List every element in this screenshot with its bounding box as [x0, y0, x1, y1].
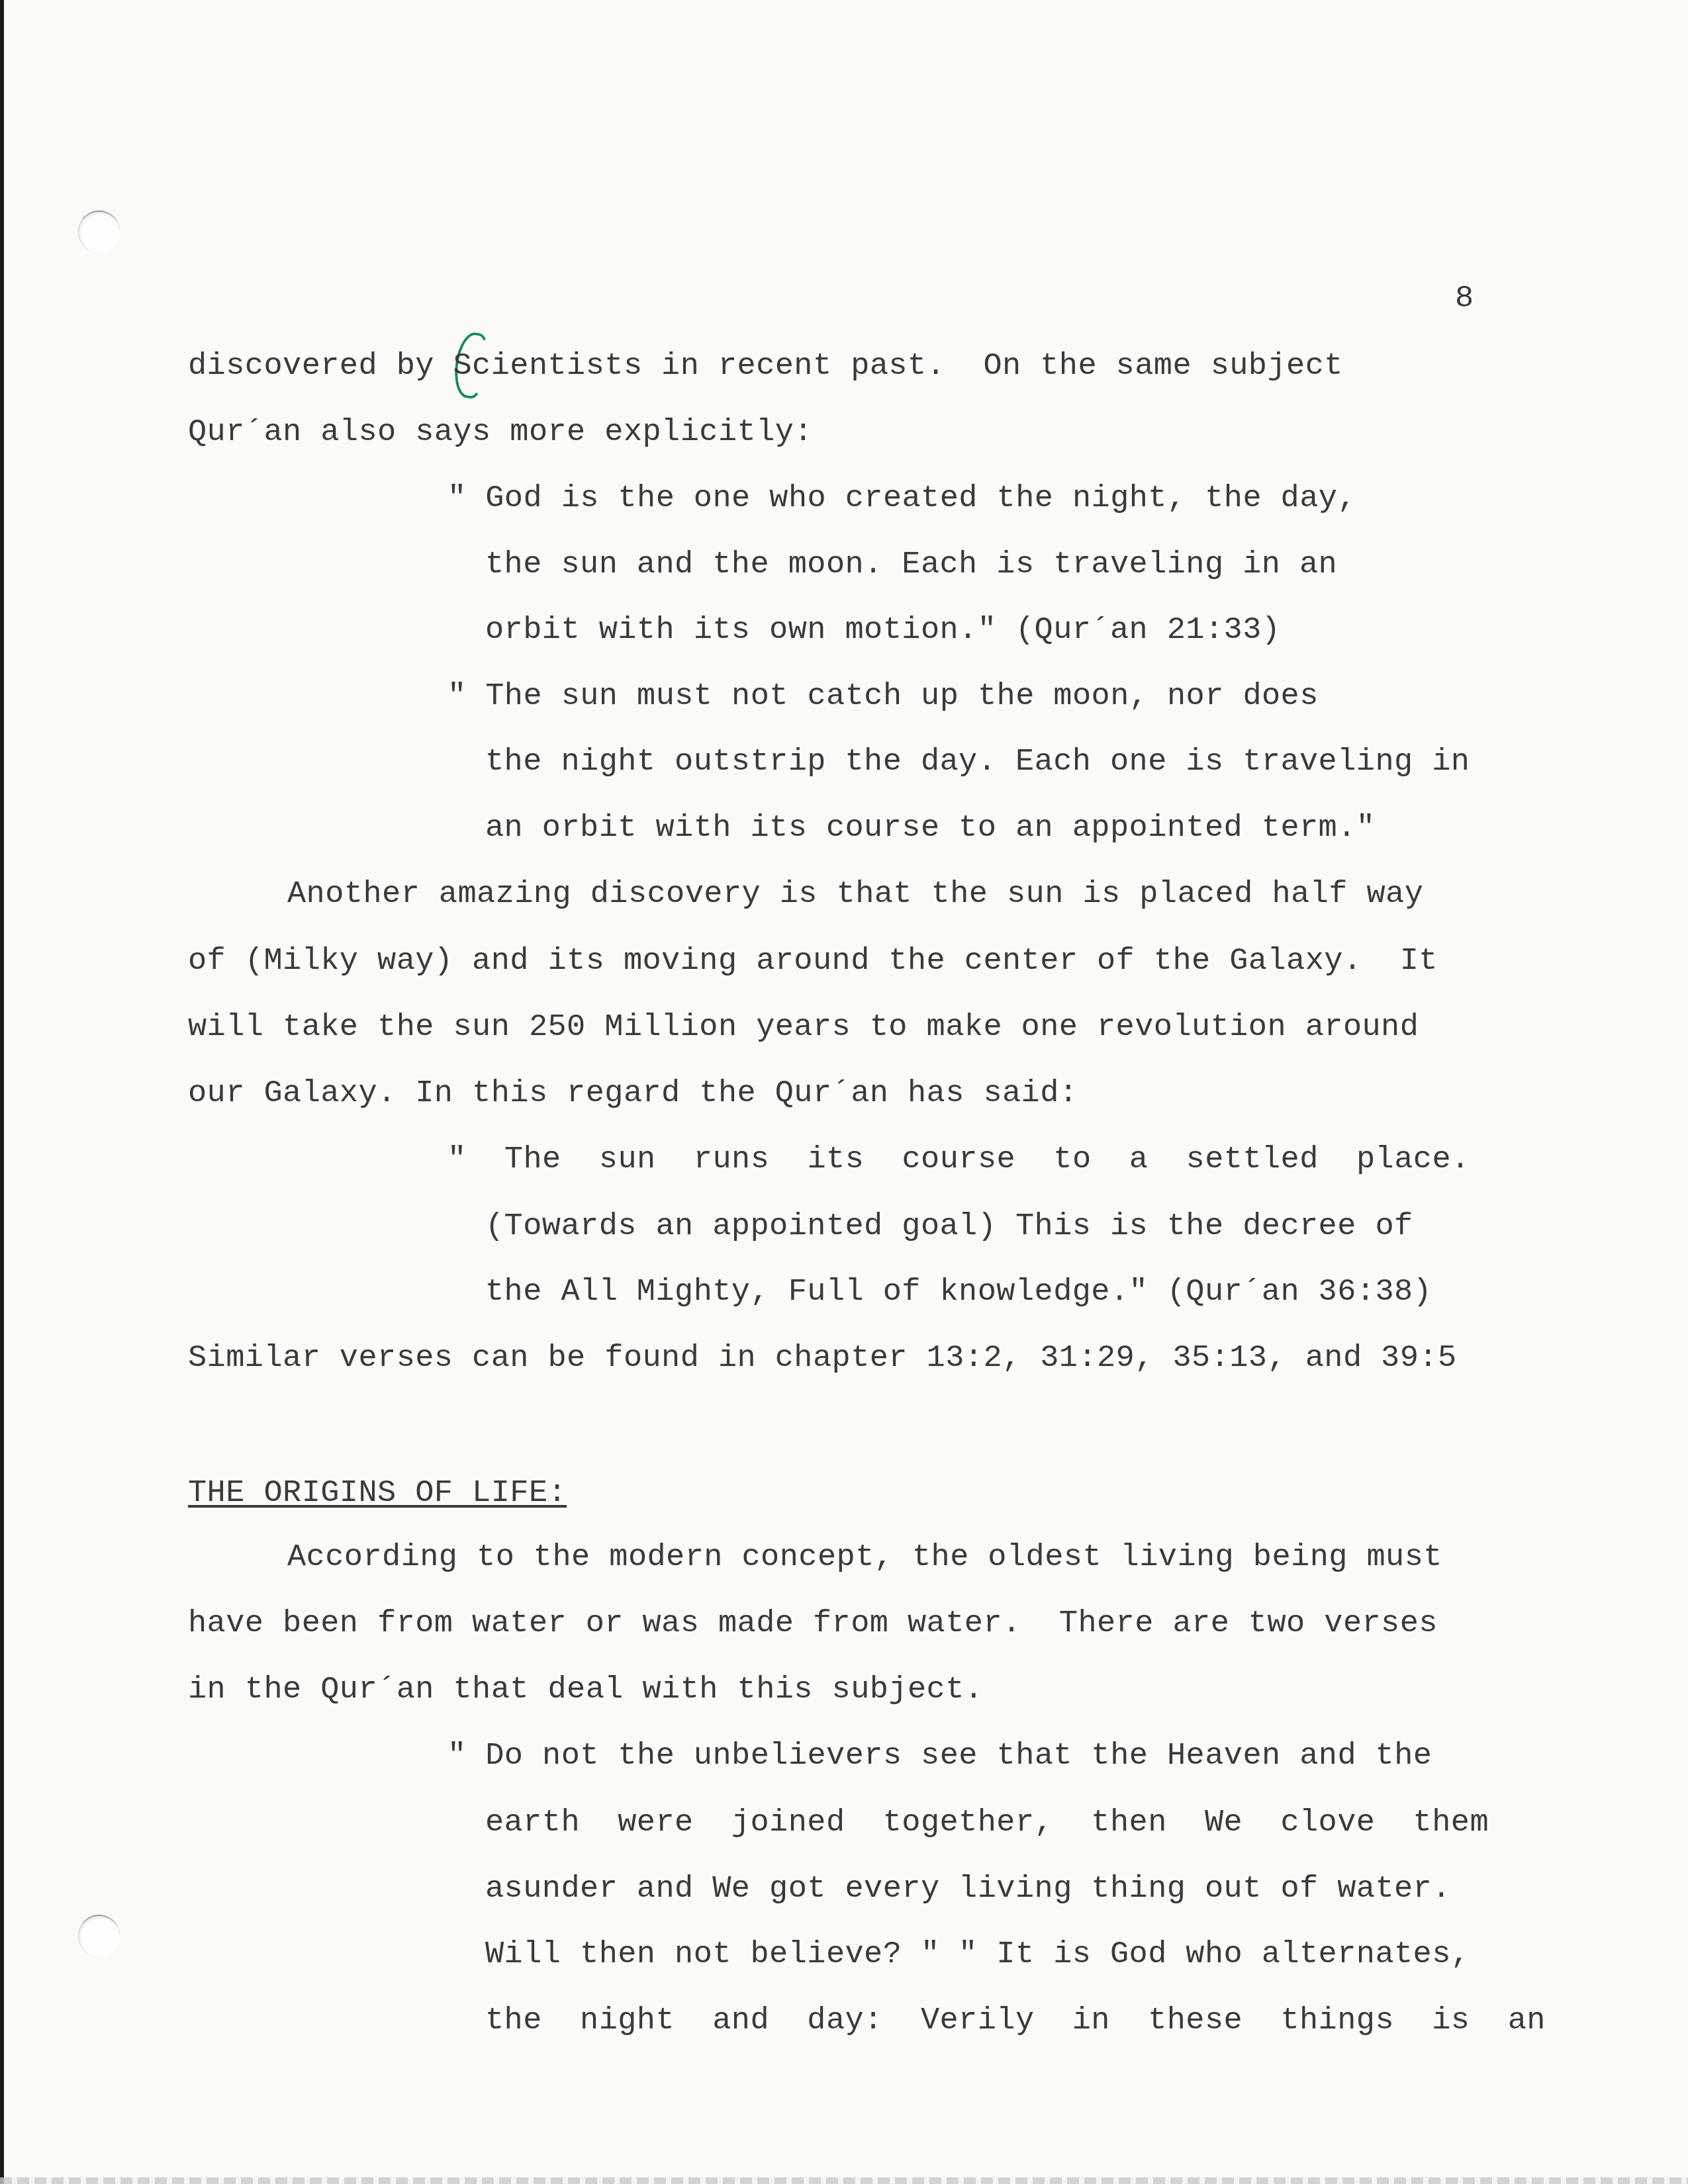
hole-punch-top: [78, 210, 120, 253]
quote-line: Will then not believe? " " It is God who…: [485, 1939, 1470, 1970]
quote-line: orbit with its own motion." (Qur´an 21:3…: [485, 615, 1280, 646]
quote-line: (Towards an appointed goal) This is the …: [485, 1211, 1413, 1242]
scan-left-edge: [0, 0, 4, 2184]
page-number: 8: [1455, 281, 1474, 316]
section-heading: THE ORIGINS OF LIFE:: [188, 1478, 567, 1509]
text-line: Qur´an also says more explicitly:: [188, 417, 813, 448]
quote-line: the night and day: Verily in these thing…: [485, 2005, 1546, 2036]
quote-line: an orbit with its course to an appointed…: [485, 813, 1375, 844]
quote-line: the night outstrip the day. Each one is …: [485, 747, 1470, 778]
quote-line: " The sun must not catch up the moon, no…: [447, 681, 1319, 712]
text-line: our Galaxy. In this regard the Qur´an ha…: [188, 1078, 1078, 1109]
text-line: will take the sun 250 Million years to m…: [188, 1012, 1419, 1043]
quote-line: " The sun runs its course to a settled p…: [447, 1144, 1470, 1175]
quote-line: asunder and We got every living thing ou…: [485, 1874, 1451, 1905]
quote-line: " God is the one who created the night, …: [447, 483, 1356, 514]
hole-punch-bottom: [78, 1915, 120, 1957]
scan-bottom-edge: [0, 2177, 1688, 2184]
quote-line: the All Mighty, Full of knowledge." (Qur…: [485, 1277, 1432, 1308]
text-line: Another amazing discovery is that the su…: [287, 879, 1423, 910]
quote-line: " Do not the unbelievers see that the He…: [447, 1741, 1432, 1772]
quote-line: earth were joined together, then We clov…: [485, 1807, 1489, 1839]
text-line: discovered by Scientists in recent past.…: [188, 351, 1343, 382]
text-line: in the Qur´an that deal with this subjec…: [188, 1674, 983, 1706]
text-line: According to the modern concept, the old…: [287, 1542, 1442, 1573]
text-line: have been from water or was made from wa…: [188, 1608, 1438, 1639]
text-line: of (Milky way) and its moving around the…: [188, 946, 1438, 977]
text-line: Similar verses can be found in chapter 1…: [188, 1343, 1457, 1374]
quote-line: the sun and the moon. Each is traveling …: [485, 549, 1337, 580]
